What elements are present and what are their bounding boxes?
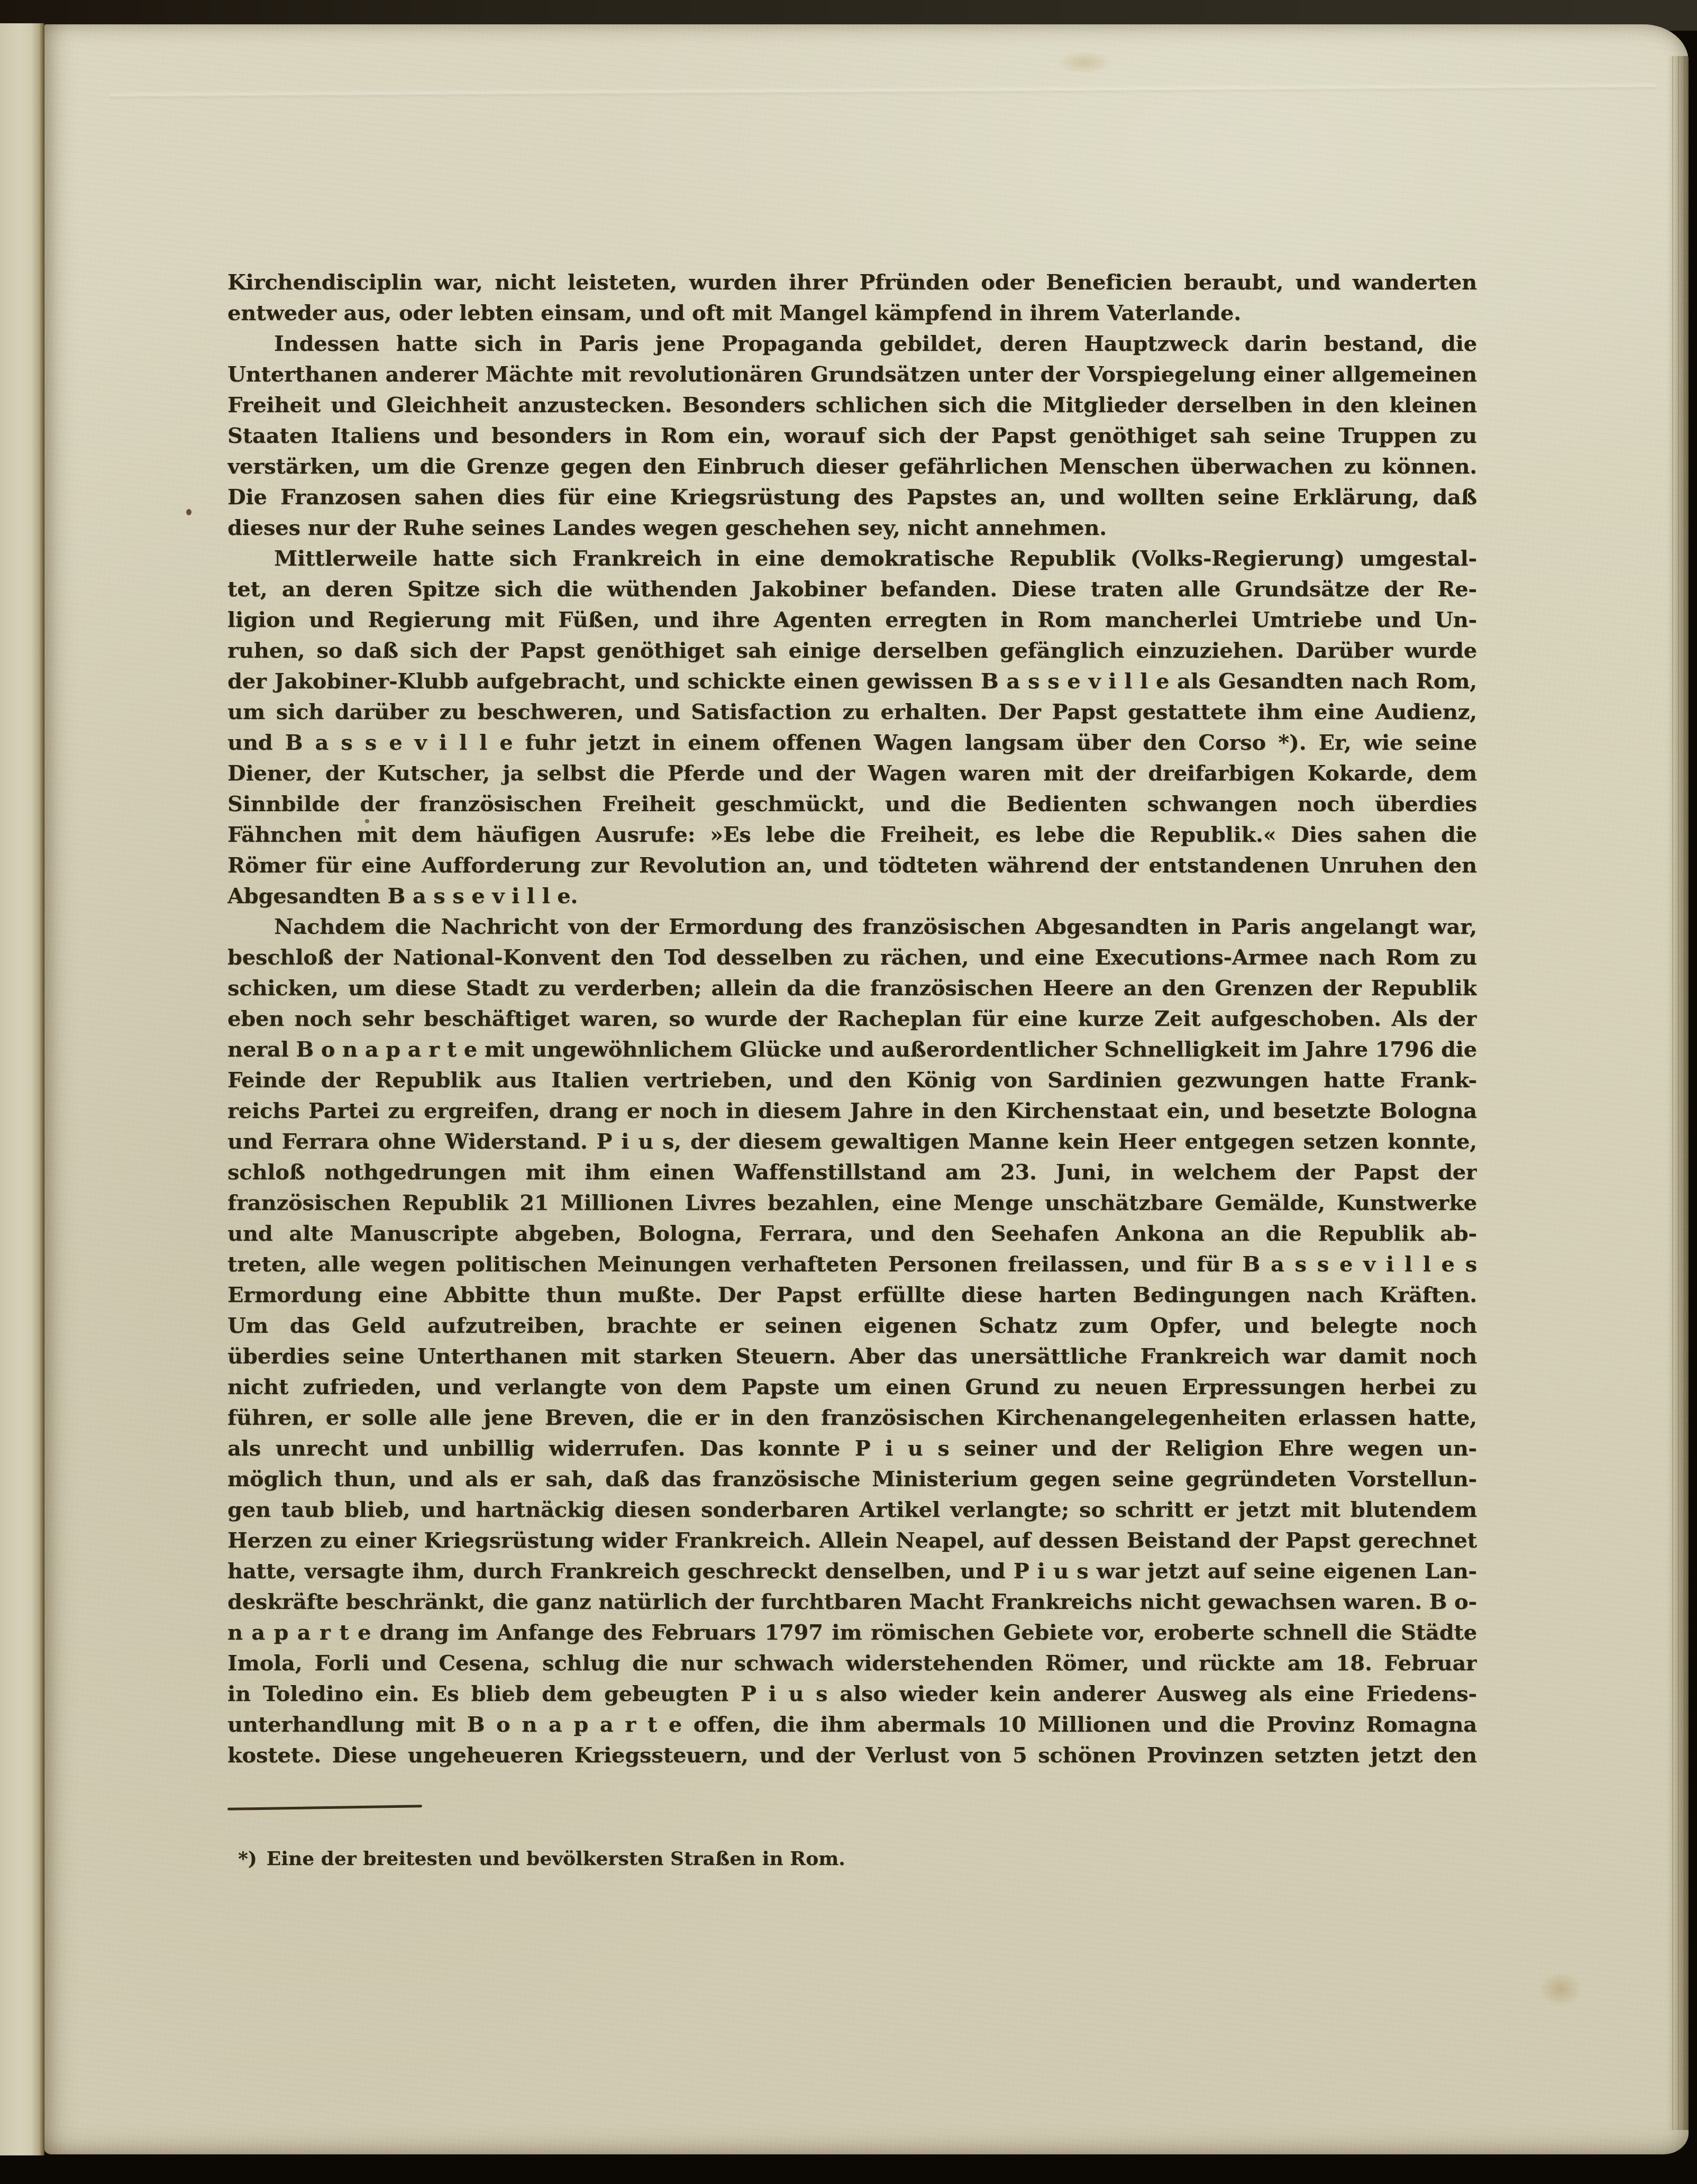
text-line: als unrecht und unbillig widerrufen. Das… <box>227 1433 1477 1464</box>
footnote-marker: *) <box>238 1848 257 1870</box>
text-line: unterhandlung mit B o n a p a r t e offe… <box>227 1709 1477 1740</box>
text-line: dieses nur der Ruhe seines Landes wegen … <box>227 513 1477 543</box>
text-line: neral B o n a p a r t e mit ungewöhnlich… <box>227 1034 1477 1065</box>
text-line: Kirchendisciplin war, nicht leisteten, w… <box>227 267 1477 298</box>
text-line: Römer für eine Aufforderung zur Revoluti… <box>227 850 1477 881</box>
text-line: tet, an deren Spitze sich die wüthenden … <box>227 574 1477 605</box>
text-line: Ermordung eine Abbitte thun mußte. Der P… <box>227 1280 1477 1311</box>
text-line: Indessen hatte sich in Paris jene Propag… <box>227 329 1477 359</box>
text-line: Imola, Forli und Cesena, schlug die nur … <box>227 1648 1477 1679</box>
page-stack-edges <box>1667 56 1689 2130</box>
text-line: Staaten Italiens und besonders in Rom ei… <box>227 421 1477 451</box>
text-line: hatte, versagte ihm, durch Frankreich ge… <box>227 1556 1477 1587</box>
text-line: um sich darüber zu beschweren, und Satis… <box>227 697 1477 727</box>
text-line: Herzen zu einer Kriegsrüstung wider Fran… <box>227 1525 1477 1556</box>
text-line: Unterthanen anderer Mächte mit revolutio… <box>227 359 1477 390</box>
book-page: Kirchendisciplin war, nicht leisteten, w… <box>44 24 1689 2154</box>
text-line: und Ferrara ohne Widerstand. P i u s, de… <box>227 1126 1477 1157</box>
text-line: Um das Geld aufzutreiben, brachte er sei… <box>227 1311 1477 1341</box>
text-line: möglich thun, und als er sah, daß das fr… <box>227 1464 1477 1495</box>
text-line: Sinnbilde der französischen Freiheit ges… <box>227 789 1477 820</box>
text-line: schloß nothgedrungen mit ihm einen Waffe… <box>227 1157 1477 1188</box>
text-line: n a p a r t e drang im Anfange des Febru… <box>227 1617 1477 1648</box>
text-line: Fähnchen mit dem häufigen Ausrufe: »Es l… <box>227 820 1477 850</box>
text-line: Diener, der Kutscher, ja selbst die Pfer… <box>227 758 1477 789</box>
text-line: Abgesandten B a s s e v i l l e. <box>227 881 1477 912</box>
text-line: deskräfte beschränkt, die ganz natürlich… <box>227 1587 1477 1617</box>
text-line: der Jakobiner-Klubb aufgebracht, und sch… <box>227 666 1477 697</box>
scanned-book-photo: Kirchendisciplin war, nicht leisteten, w… <box>0 0 1697 2184</box>
previous-page-edge <box>0 23 44 2155</box>
text-line: schicken, um diese Stadt zu verderben; a… <box>227 973 1477 1004</box>
text-line: kostete. Diese ungeheueren Kriegssteuern… <box>227 1740 1477 1771</box>
text-line: beschloß der National-Konvent den Tod de… <box>227 942 1477 973</box>
text-line: ligion und Regierung mit Füßen, und ihre… <box>227 605 1477 635</box>
text-line: französischen Republik 21 Millionen Livr… <box>227 1188 1477 1218</box>
text-line: nicht zufrieden, und verlangte von dem P… <box>227 1372 1477 1403</box>
text-line: gen taub blieb, und hartnäckig diesen so… <box>227 1495 1477 1525</box>
text-line: in Toledino ein. Es blieb dem gebeugten … <box>227 1679 1477 1709</box>
text-line: Feinde der Republik aus Italien vertrieb… <box>227 1065 1477 1096</box>
text-line: eben noch sehr beschäftiget waren, so wu… <box>227 1004 1477 1034</box>
text-line: und alte Manuscripte abgeben, Bologna, F… <box>227 1218 1477 1249</box>
text-line: Mittlerweile hatte sich Frankreich in ei… <box>227 543 1477 574</box>
text-block: Kirchendisciplin war, nicht leisteten, w… <box>227 267 1477 1771</box>
text-line: Die Franzosen sahen dies für eine Kriegs… <box>227 482 1477 513</box>
text-line: entweder aus, oder lebten einsam, und of… <box>227 298 1477 329</box>
text-line: verstärken, um die Grenze gegen den Einb… <box>227 451 1477 482</box>
footnote-text: Eine der breitesten und bevölkersten Str… <box>267 1848 845 1870</box>
text-line: reichs Partei zu ergreifen, drang er noc… <box>227 1096 1477 1126</box>
text-line: und B a s s e v i l l e fuhr jetzt in ei… <box>227 727 1477 758</box>
footnote: *)Eine der breitesten und bevölkersten S… <box>238 1848 979 1870</box>
text-line: treten, alle wegen politischen Meinungen… <box>227 1249 1477 1280</box>
text-line: überdies seine Unterthanen mit starken S… <box>227 1341 1477 1372</box>
text-line: Freiheit und Gleichheit anzustecken. Bes… <box>227 390 1477 421</box>
text-line: ruhen, so daß sich der Papst genöthiget … <box>227 635 1477 666</box>
text-line: führen, er solle alle jene Breven, die e… <box>227 1403 1477 1433</box>
text-line: Nachdem die Nachricht von der Ermordung … <box>227 912 1477 942</box>
